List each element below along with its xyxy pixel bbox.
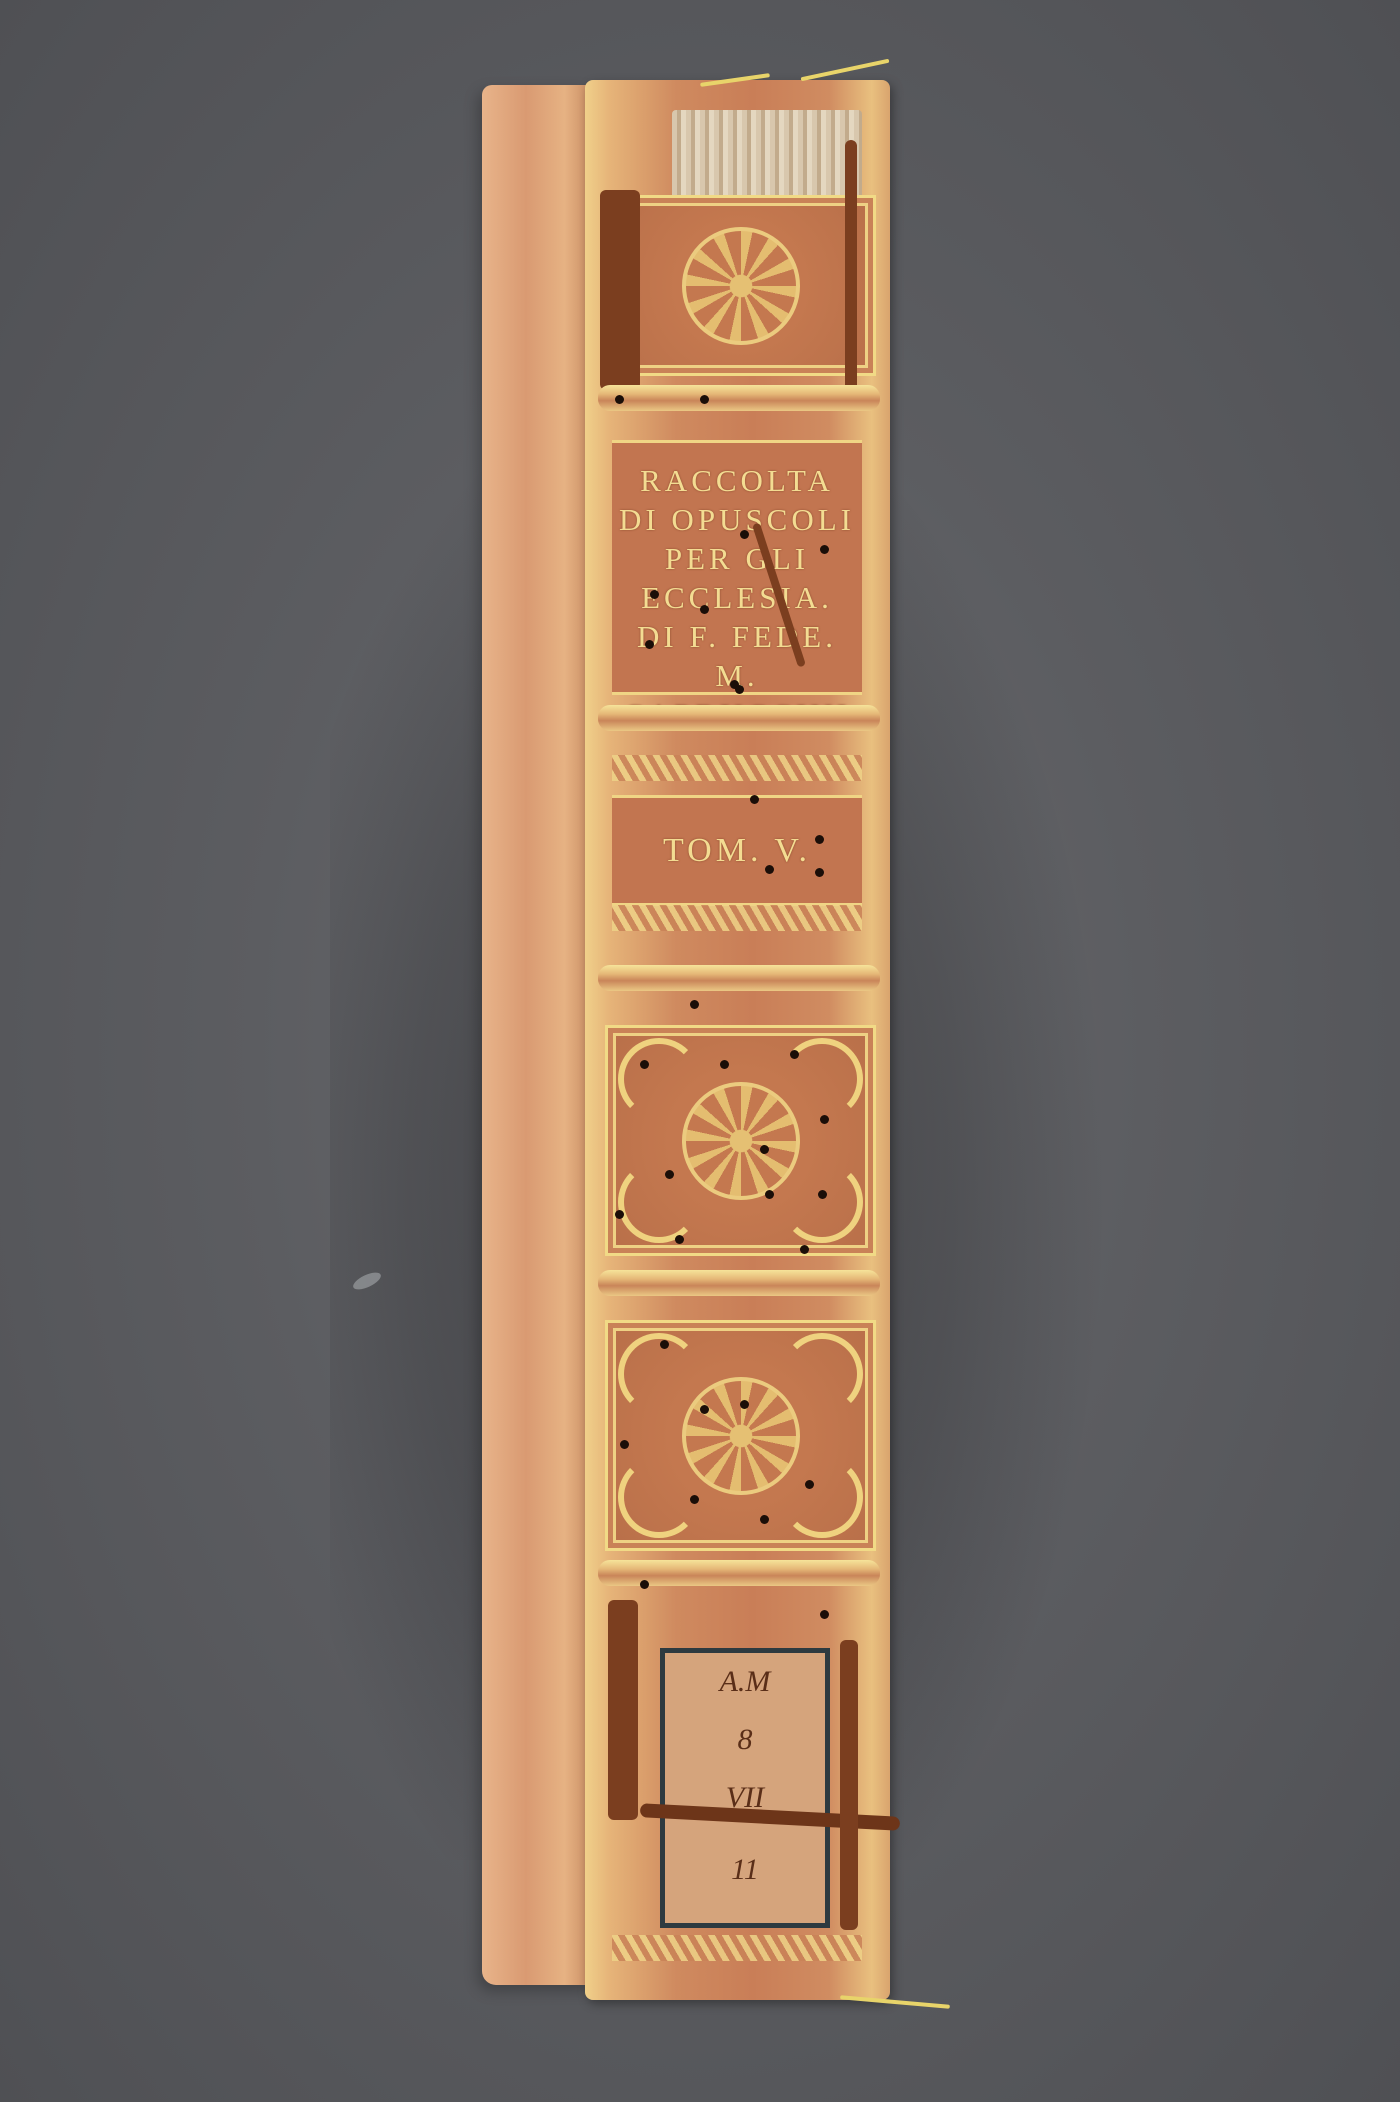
raised-band [598, 705, 880, 731]
shelf-mark-line: 11 [665, 1853, 825, 1887]
leather-damage [600, 190, 640, 390]
worm-hole [700, 1405, 709, 1414]
worm-hole [640, 1060, 649, 1069]
worm-hole [675, 1235, 684, 1244]
scroll-ornament [618, 1161, 700, 1243]
volume-text: TOM. V. [663, 832, 811, 870]
book-board-edge [482, 85, 592, 1985]
worm-hole [765, 1190, 774, 1199]
shelf-mark-line: 8 [665, 1723, 825, 1757]
worm-hole [820, 1115, 829, 1124]
leather-crack [845, 140, 857, 400]
loose-thread [801, 59, 890, 82]
worm-hole [815, 835, 824, 844]
title-label: RACCOLTA DI OPUSCOLI PER GLI ECCLESIA. D… [612, 440, 862, 695]
worm-hole [820, 545, 829, 554]
worm-hole [790, 1050, 799, 1059]
rosette-ornament [682, 227, 800, 345]
gilt-roll-decoration [612, 755, 862, 781]
leather-damage [840, 1640, 858, 1930]
worm-hole [665, 1170, 674, 1179]
shelf-mark-label: A.M 8 VII 11 [660, 1648, 830, 1928]
gilt-roll-decoration [612, 1935, 862, 1961]
leather-damage [608, 1600, 638, 1820]
title-line: RACCOLTA [612, 461, 862, 500]
worm-hole [800, 1245, 809, 1254]
worm-hole [805, 1480, 814, 1489]
scroll-ornament [618, 1456, 700, 1538]
title-line: ECCLESIA. [612, 578, 862, 617]
gilt-roll-decoration [612, 905, 862, 931]
worm-hole [818, 1190, 827, 1199]
volume-label: TOM. V. [612, 795, 862, 906]
worm-hole [645, 640, 654, 649]
worm-hole [620, 1440, 629, 1449]
scroll-ornament [618, 1038, 700, 1120]
worm-hole [650, 590, 659, 599]
raised-band [598, 965, 880, 991]
spine-panel-top [605, 195, 876, 376]
loose-thread [840, 1995, 950, 2009]
worm-hole [660, 1340, 669, 1349]
raised-band [598, 385, 880, 411]
worm-hole [720, 1060, 729, 1069]
worm-hole [815, 868, 824, 877]
raised-band [598, 1270, 880, 1296]
scroll-ornament [781, 1456, 863, 1538]
worm-hole [690, 1495, 699, 1504]
exposed-spine-backing [672, 110, 862, 200]
worm-hole [750, 795, 759, 804]
worm-hole [615, 395, 624, 404]
scroll-ornament [781, 1161, 863, 1243]
title-line: DI OPUSCOLI [612, 500, 862, 539]
worm-hole [740, 530, 749, 539]
worm-hole [640, 1580, 649, 1589]
spine-panel-ornament [605, 1320, 876, 1551]
worm-hole [740, 1400, 749, 1409]
shelf-mark-line: A.M [665, 1665, 825, 1699]
worm-hole [690, 1000, 699, 1009]
worm-hole [615, 1210, 624, 1219]
worm-hole [700, 395, 709, 404]
worm-hole [765, 865, 774, 874]
scroll-ornament [618, 1333, 700, 1415]
scroll-ornament [781, 1333, 863, 1415]
worm-hole [820, 1610, 829, 1619]
worm-hole [760, 1145, 769, 1154]
worm-hole [735, 685, 744, 694]
rosette-ornament [682, 1377, 800, 1495]
rosette-ornament [682, 1082, 800, 1200]
worm-hole [760, 1515, 769, 1524]
worm-hole [700, 605, 709, 614]
